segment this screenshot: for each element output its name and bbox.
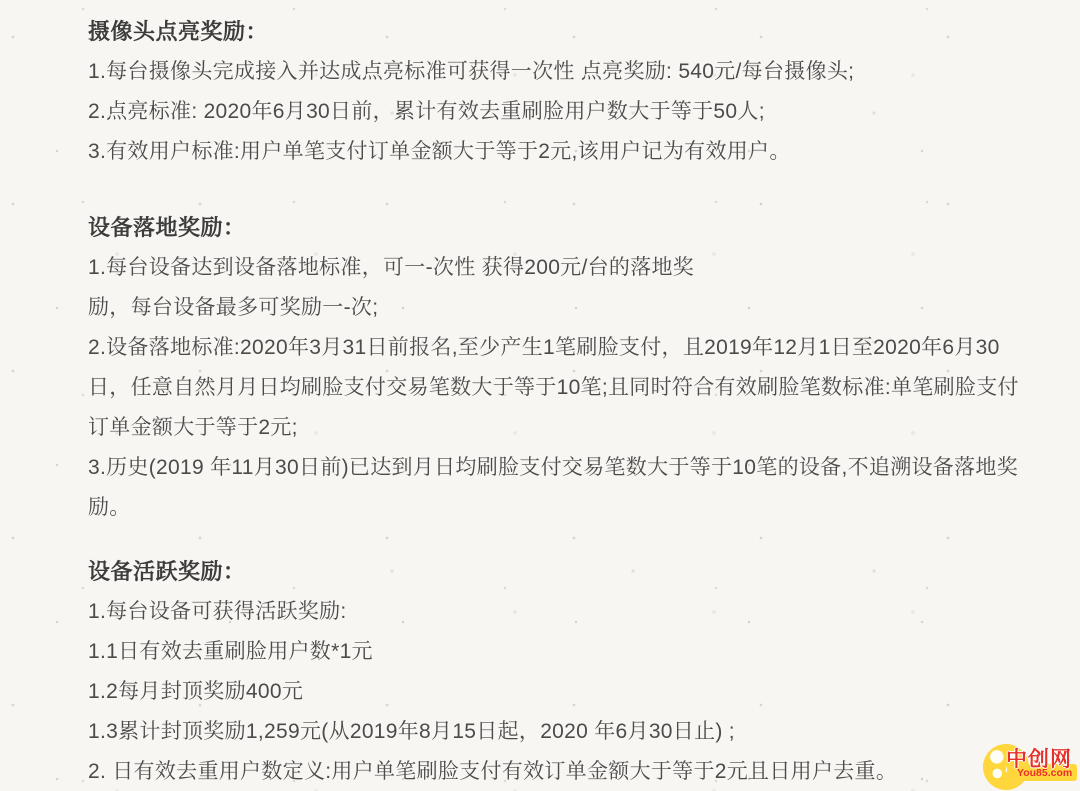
text-line: 1.1日有效去重刷脸用户数*1元 bbox=[88, 632, 1050, 672]
text-line: 2.设备落地标准:2020年3月31日前报名,至少产生1笔刷脸支付，且2019年… bbox=[88, 328, 1050, 368]
text-line: 1.每台设备可获得活跃奖励: bbox=[88, 592, 1050, 632]
section-heading: 设备落地奖励： bbox=[88, 208, 1050, 248]
watermark-site-url: You85.com bbox=[1017, 767, 1072, 779]
text-line: 日，任意自然月月日均刷脸支付交易笔数大于等于10笔;且同时符合有效刷脸笔数标准:… bbox=[88, 368, 1050, 408]
section-camera-lighting-reward: 摄像头点亮奖励： 1.每台摄像头完成接入并达成点亮标准可获得一次性 点亮奖励: … bbox=[88, 12, 1050, 172]
text-line: 3.有效用户标准:用户单笔支付订单金额大于等于2元,该用户记为有效用户。 bbox=[88, 132, 1050, 172]
watermark-logo: 中创网 You85.com bbox=[981, 741, 1078, 791]
section-device-active-reward: 设备活跃奖励： 1.每台设备可获得活跃奖励: 1.1日有效去重刷脸用户数*1元 … bbox=[88, 552, 1050, 791]
text-line: 2. 日有效去重用户数定义:用户单笔刷脸支付有效订单金额大于等于2元且日用户去重… bbox=[88, 752, 1050, 791]
document-body: 摄像头点亮奖励： 1.每台摄像头完成接入并达成点亮标准可获得一次性 点亮奖励: … bbox=[0, 0, 1080, 791]
text-line: 1.每台设备达到设备落地标准，可一-次性 获得200元/台的落地奖 bbox=[88, 248, 1050, 288]
section-device-landing-reward: 设备落地奖励： 1.每台设备达到设备落地标准，可一-次性 获得200元/台的落地… bbox=[88, 208, 1050, 528]
text-line: 1.3累计封顶奖励1,259元(从2019年8月15日起，2020 年6月30日… bbox=[88, 712, 1050, 752]
text-line: 1.2每月封顶奖励400元 bbox=[88, 672, 1050, 712]
text-line: 订单金额大于等于2元; bbox=[88, 408, 1050, 448]
section-heading: 摄像头点亮奖励： bbox=[88, 12, 1050, 52]
text-line: 励。 bbox=[88, 488, 1050, 528]
document-page: 摄像头点亮奖励： 1.每台摄像头完成接入并达成点亮标准可获得一次性 点亮奖励: … bbox=[0, 0, 1080, 791]
text-line: 2.点亮标准: 2020年6月30日前，累计有效去重刷脸用户数大于等于50人; bbox=[88, 92, 1050, 132]
text-line: 励，每台设备最多可奖励一-次; bbox=[88, 288, 1050, 328]
text-line: 3.历史(2019 年11月30日前)已达到月日均刷脸支付交易笔数大于等于10笔… bbox=[88, 448, 1050, 488]
text-line: 1.每台摄像头完成接入并达成点亮标准可获得一次性 点亮奖励: 540元/每台摄像… bbox=[88, 52, 1050, 92]
section-heading: 设备活跃奖励： bbox=[88, 552, 1050, 592]
